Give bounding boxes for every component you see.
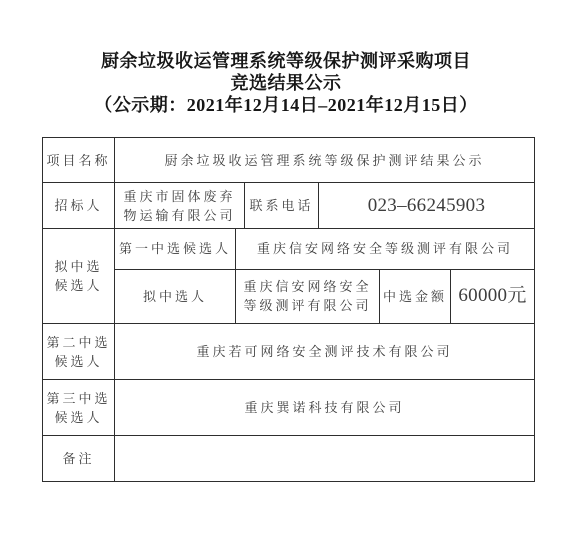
tenderer-value: 重庆市固体废弃 物运输有限公司 xyxy=(114,183,244,228)
project-name-label: 项目名称 xyxy=(43,138,114,182)
third-candidate-label: 第三中选 候选人 xyxy=(43,380,114,435)
second-candidate-label: 第二中选 候选人 xyxy=(43,324,114,379)
tenderer-label: 招标人 xyxy=(43,183,114,228)
proposed-winner-subtable: 第一中选候选人 重庆信安网络安全等级测评有限公司 拟中选人 重庆信安网络安全 等… xyxy=(114,229,534,323)
row-remarks: 备注 xyxy=(43,435,534,481)
row-proposed-winner-group: 拟中选 候选人 第一中选候选人 重庆信安网络安全等级测评有限公司 拟中选人 重庆… xyxy=(43,228,534,323)
first-candidate-value: 重庆信安网络安全等级测评有限公司 xyxy=(235,229,534,269)
result-table: 项目名称 厨余垃圾收运管理系统等级保护测评结果公示 招标人 重庆市固体废弃 物运… xyxy=(42,137,535,482)
contact-phone-label: 联系电话 xyxy=(244,183,318,228)
announcement-page: 厨余垃圾收运管理系统等级保护测评采购项目 竞选结果公示 （公示期：2021年12… xyxy=(0,0,572,554)
row-second-candidate: 第二中选 候选人 重庆若可网络安全测评技术有限公司 xyxy=(43,323,534,379)
remarks-label: 备注 xyxy=(43,436,114,481)
remarks-value xyxy=(114,436,534,481)
title-line-1: 厨余垃圾收运管理系统等级保护测评采购项目 xyxy=(0,50,572,72)
award-amount-label: 中选金额 xyxy=(379,270,450,323)
proposed-winner-value: 重庆信安网络安全 等级测评有限公司 xyxy=(235,270,379,323)
award-amount-value: 60000元 xyxy=(450,270,534,323)
proposed-winner-label: 拟中选人 xyxy=(115,270,235,323)
second-candidate-value: 重庆若可网络安全测评技术有限公司 xyxy=(114,324,534,379)
proposed-group-label: 拟中选 候选人 xyxy=(43,229,114,323)
row-tenderer: 招标人 重庆市固体废弃 物运输有限公司 联系电话 023–66245903 xyxy=(43,182,534,228)
project-name-value: 厨余垃圾收运管理系统等级保护测评结果公示 xyxy=(114,138,534,182)
title-line-2: 竞选结果公示 xyxy=(0,72,572,94)
contact-phone-value: 023–66245903 xyxy=(318,183,534,228)
row-third-candidate: 第三中选 候选人 重庆巽诺科技有限公司 xyxy=(43,379,534,435)
title-publicity-period: （公示期：2021年12月14日–2021年12月15日） xyxy=(0,94,572,116)
third-candidate-value: 重庆巽诺科技有限公司 xyxy=(114,380,534,435)
first-candidate-label: 第一中选候选人 xyxy=(115,229,235,269)
row-project-name: 项目名称 厨余垃圾收运管理系统等级保护测评结果公示 xyxy=(43,138,534,182)
subrow-first-candidate: 第一中选候选人 重庆信安网络安全等级测评有限公司 xyxy=(115,229,534,269)
subrow-proposed-winner: 拟中选人 重庆信安网络安全 等级测评有限公司 中选金额 60000元 xyxy=(115,269,534,323)
document-title: 厨余垃圾收运管理系统等级保护测评采购项目 竞选结果公示 （公示期：2021年12… xyxy=(0,50,572,116)
